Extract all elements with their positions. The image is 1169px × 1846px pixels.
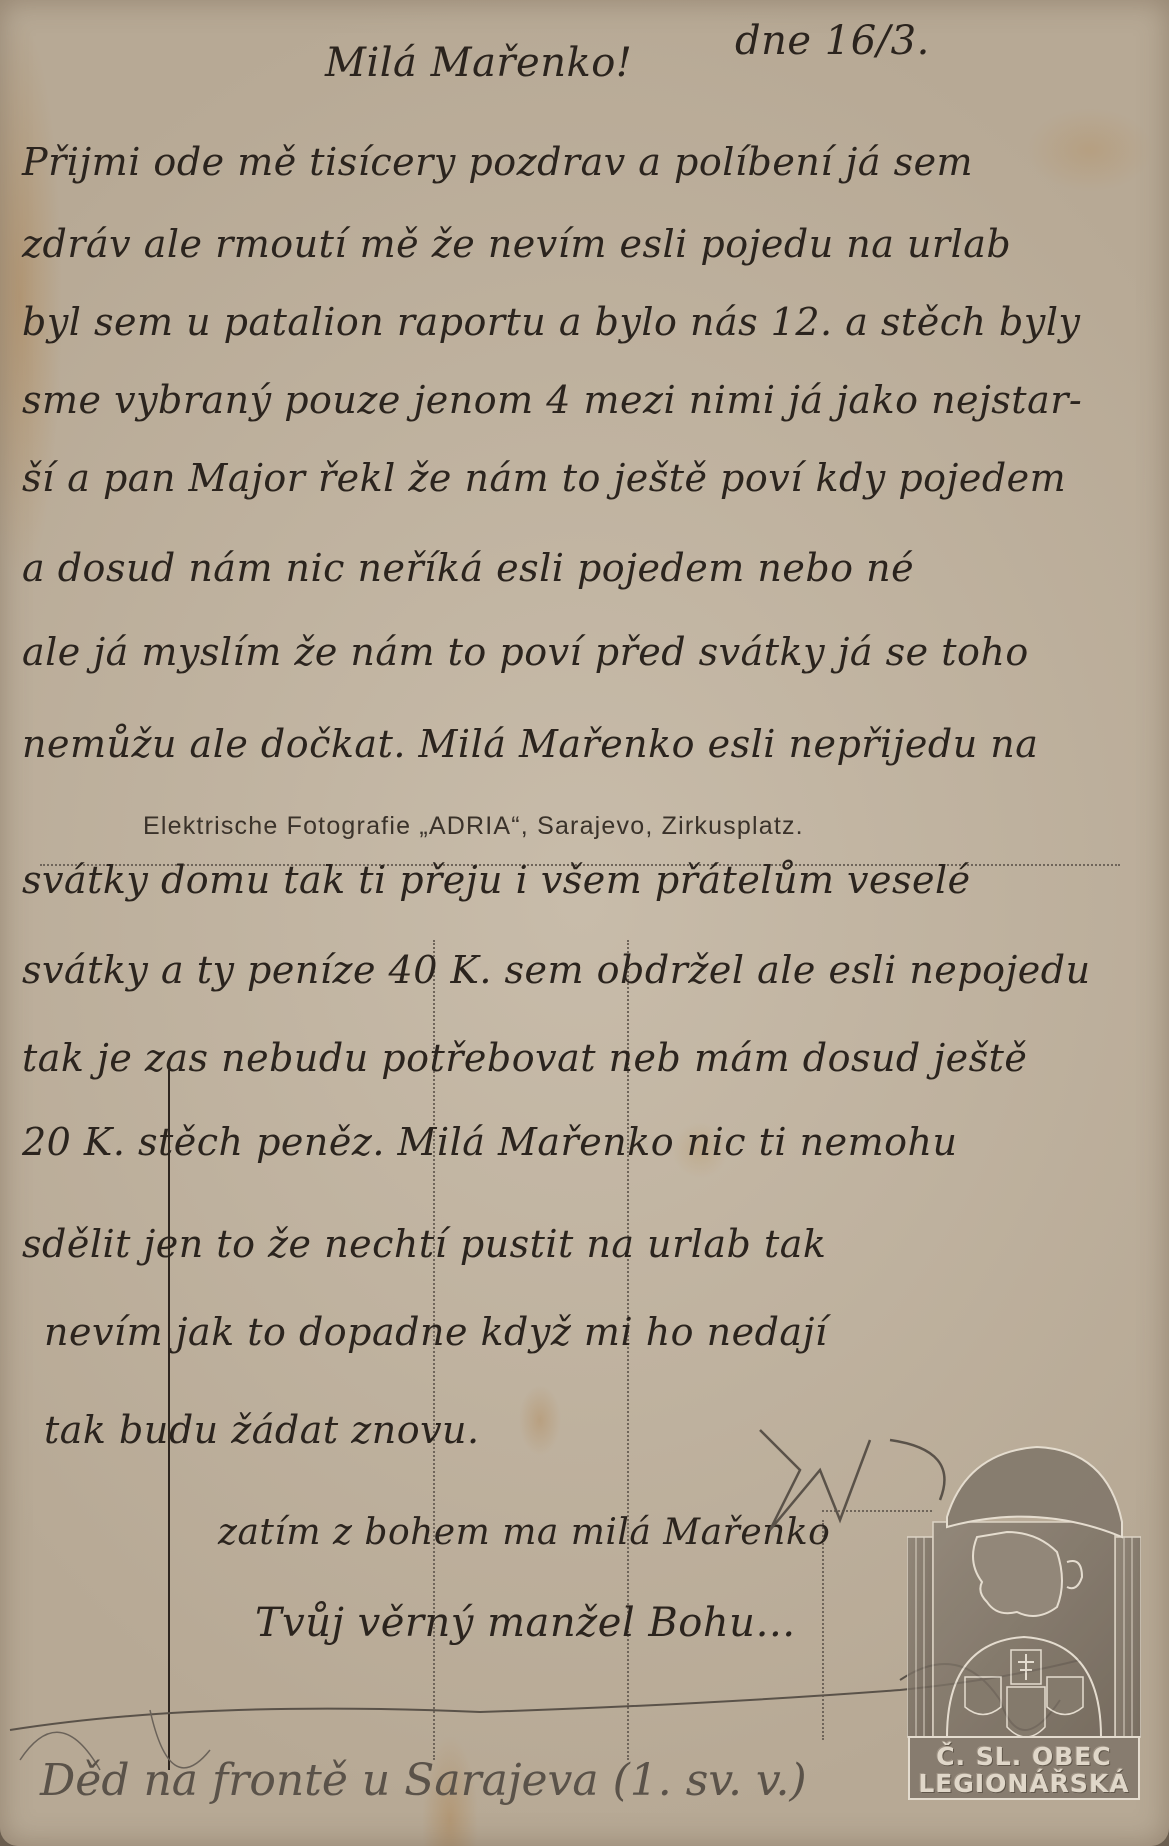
stamp-text-line1: Č. SL. OBEC bbox=[907, 1742, 1141, 1771]
letter-line: ší a pan Major řekl že nám to ještě poví… bbox=[22, 456, 1066, 500]
letter-line: 20 K. stěch peněz. Milá Mařenko nic ti n… bbox=[22, 1120, 957, 1164]
letter-date: dne 16/3. bbox=[735, 18, 930, 64]
letter-line: Přijmi ode mě tisícery pozdrav a políben… bbox=[22, 140, 973, 184]
letter-line: nemůžu ale dočkat. Milá Mařenko esli nep… bbox=[22, 722, 1038, 766]
address-guide-line bbox=[822, 1520, 824, 1740]
stamp-text-line2: LEGIONÁŘSKÁ bbox=[907, 1769, 1141, 1798]
letter-line: nevím jak to dopadne když mi ho nedají bbox=[44, 1310, 828, 1354]
letter-line: ale já myslím že nám to poví před svátky… bbox=[22, 630, 1029, 674]
letter-closing: zatím z bohem ma milá Mařenko bbox=[218, 1512, 830, 1553]
letter-line: tak budu žádat znovu. bbox=[44, 1408, 480, 1452]
letter-signature: Tvůj věrný manžel Bohu… bbox=[255, 1600, 796, 1646]
letter-line: tak je zas nebudu potřebovat neb mám dos… bbox=[22, 1036, 1027, 1080]
letter-line: svátky domu tak ti přeju i všem přátelům… bbox=[22, 858, 971, 902]
letter-line: sme vybraný pouze jenom 4 mezi nimi já j… bbox=[22, 378, 1082, 422]
legion-stamp: Č. SL. OBEC LEGIONÁŘSKÁ bbox=[907, 1442, 1141, 1802]
letter-line: sdělit jen to že nechtí pustit na urlab … bbox=[22, 1222, 826, 1266]
postcard-back: Milá Mařenko! dne 16/3. Přijmi ode mě ti… bbox=[0, 0, 1169, 1846]
letter-line: zdráv ale rmoutí mě že nevím esli pojedu… bbox=[22, 222, 1011, 266]
greeting: Milá Mařenko! bbox=[325, 40, 632, 86]
letter-line: byl sem u patalion raportu a bylo nás 12… bbox=[22, 300, 1080, 344]
letter-line: svátky a ty peníze 40 K. sem obdržel ale… bbox=[22, 948, 1091, 992]
pencil-annotation: Děd na frontě u Sarajeva (1. sv. v.) bbox=[40, 1755, 807, 1806]
printed-imprint: Elektrische Fotografie „ADRIA“, Sarajevo… bbox=[143, 812, 804, 841]
letter-line: a dosud nám nic neříká esli pojedem nebo… bbox=[22, 546, 914, 590]
